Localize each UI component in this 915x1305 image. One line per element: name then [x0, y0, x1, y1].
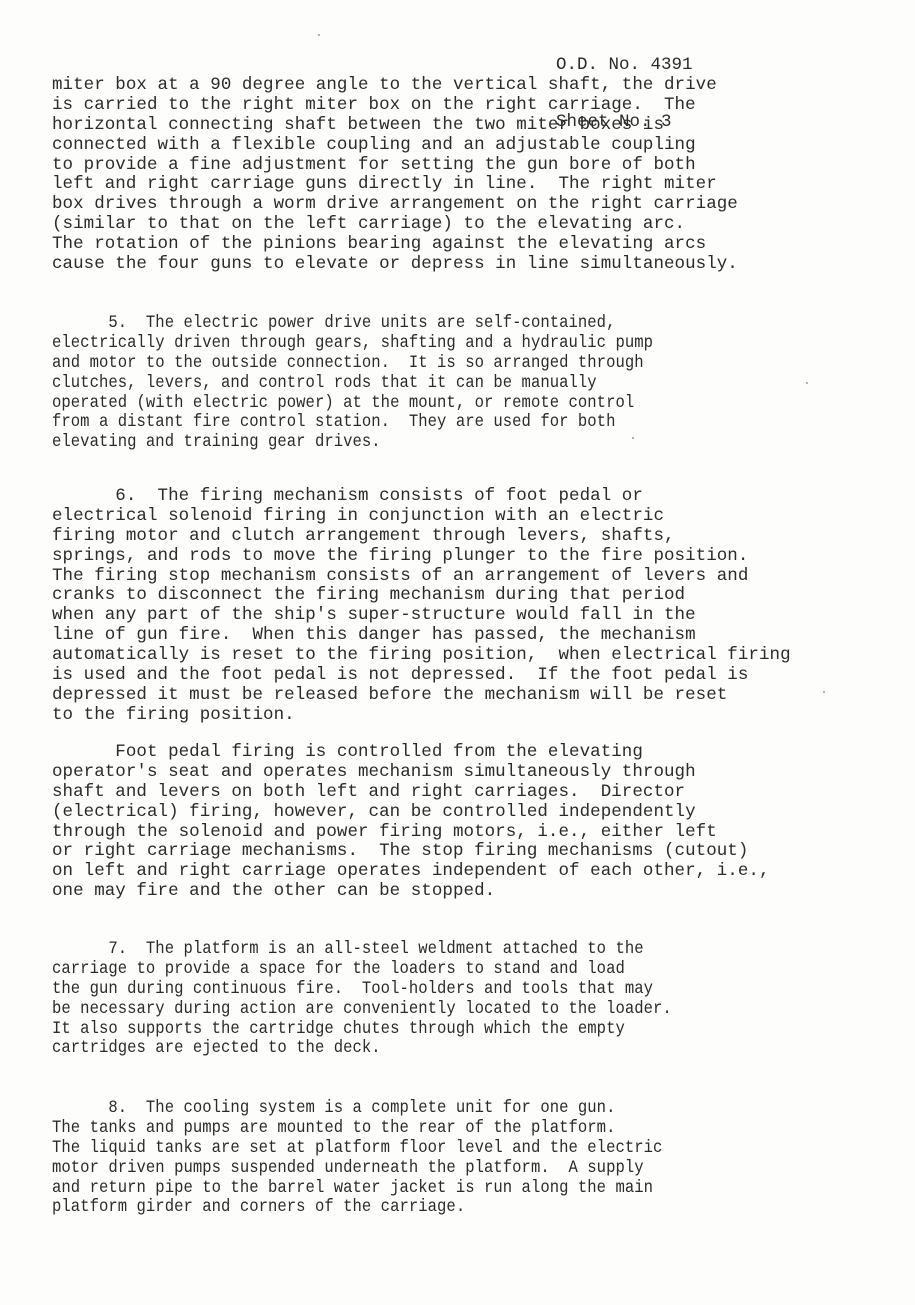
text-line: and motor to the outside connection. It …	[52, 354, 653, 374]
text-line: platform girder and corners of the carri…	[52, 1198, 662, 1218]
text-line: line of gun fire. When this danger has p…	[52, 626, 791, 646]
text-line: electrically driven through gears, shaft…	[52, 334, 653, 354]
text-line: carriage to provide a space for the load…	[52, 960, 672, 980]
text-line: (similar to that on the left carriage) t…	[52, 215, 738, 235]
text-line: is carried to the right miter box on the…	[52, 96, 738, 116]
document-page: O.D. No. 4391 Sheet No. 3 miter box at a…	[0, 0, 915, 1305]
paragraph-item-5: 5. The electric power drive units are se…	[52, 314, 727, 453]
text-line: shaft and levers on both left and right …	[52, 783, 770, 803]
text-line: horizontal connecting shaft between the …	[52, 116, 738, 136]
document-number: O.D. No. 4391	[556, 56, 693, 75]
text-line: from a distant fire control station. The…	[52, 413, 653, 433]
text-line: 6. The firing mechanism consists of foot…	[52, 487, 791, 507]
text-line: clutches, levers, and control rods that …	[52, 374, 653, 394]
text-line: The liquid tanks are set at platform flo…	[52, 1139, 662, 1159]
text-line: one may fire and the other can be stoppe…	[52, 882, 770, 902]
text-line: and return pipe to the barrel water jack…	[52, 1179, 662, 1199]
text-line: when any part of the ship's super-struct…	[52, 606, 791, 626]
text-line: elevating and training gear drives.	[52, 433, 653, 453]
text-line: 8. The cooling system is a complete unit…	[52, 1099, 662, 1119]
text-line: automatically is reset to the firing pos…	[52, 646, 791, 666]
text-line: The tanks and pumps are mounted to the r…	[52, 1119, 662, 1139]
text-line: 5. The electric power drive units are se…	[52, 314, 653, 334]
text-line: (electrical) firing, however, can be con…	[52, 803, 770, 823]
text-line: the gun during continuous fire. Tool-hol…	[52, 980, 672, 1000]
text-line: cranks to disconnect the firing mechanis…	[52, 586, 791, 606]
text-line: on left and right carriage operates inde…	[52, 862, 770, 882]
text-line: operated (with electric power) at the mo…	[52, 394, 653, 414]
text-line: depressed it must be released before the…	[52, 686, 791, 706]
text-line: cartridges are ejected to the deck.	[52, 1039, 672, 1059]
scan-speck	[632, 437, 634, 439]
paragraph-continuation: miter box at a 90 degree angle to the ve…	[52, 76, 738, 275]
text-line: 7. The platform is an all-steel weldment…	[52, 940, 672, 960]
text-line: through the solenoid and power firing mo…	[52, 823, 770, 843]
text-line: operator's seat and operates mechanism s…	[52, 763, 770, 783]
text-line: box drives through a worm drive arrangem…	[52, 195, 738, 215]
text-line: Foot pedal firing is controlled from the…	[52, 743, 770, 763]
text-line: The firing stop mechanism consists of an…	[52, 567, 791, 587]
text-line: to provide a fine adjustment for setting…	[52, 156, 738, 176]
scan-speck	[318, 34, 320, 36]
text-line: is used and the foot pedal is not depres…	[52, 666, 791, 686]
text-line: It also supports the cartridge chutes th…	[52, 1020, 672, 1040]
text-line: be necessary during action are convenien…	[52, 1000, 672, 1020]
paragraph-foot-pedal: Foot pedal firing is controlled from the…	[52, 743, 770, 902]
text-line: firing motor and clutch arrangement thro…	[52, 527, 791, 547]
paragraph-item-6: 6. The firing mechanism consists of foot…	[52, 487, 791, 726]
text-line: The rotation of the pinions bearing agai…	[52, 235, 738, 255]
paragraph-item-7: 7. The platform is an all-steel weldment…	[52, 940, 748, 1059]
text-line: to the firing position.	[52, 706, 791, 726]
text-line: left and right carriage guns directly in…	[52, 175, 738, 195]
text-line: springs, and rods to move the firing plu…	[52, 547, 791, 567]
scan-speck	[823, 691, 825, 693]
text-line: miter box at a 90 degree angle to the ve…	[52, 76, 738, 96]
paragraph-item-8: 8. The cooling system is a complete unit…	[52, 1099, 738, 1218]
text-line: connected with a flexible coupling and a…	[52, 136, 738, 156]
text-line: or right carriage mechanisms. The stop f…	[52, 842, 770, 862]
scan-speck	[806, 382, 808, 384]
text-line: motor driven pumps suspended underneath …	[52, 1159, 662, 1179]
text-line: cause the four guns to elevate or depres…	[52, 255, 738, 275]
text-line: electrical solenoid firing in conjunctio…	[52, 507, 791, 527]
